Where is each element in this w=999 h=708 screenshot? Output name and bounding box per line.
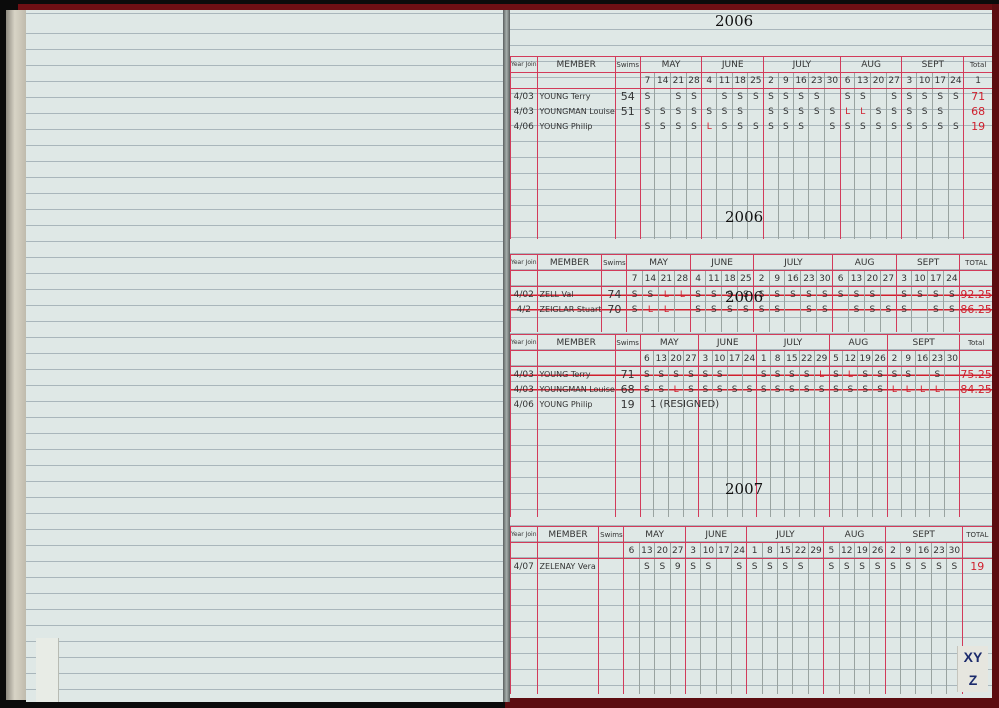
day-label: 8 (771, 351, 785, 367)
member-name: YOUNG Philip (537, 397, 615, 412)
month-header: AUG (824, 527, 886, 543)
ledger-year: 2006 (725, 208, 763, 226)
attendance-mark: S (732, 89, 748, 105)
day-label: 6 (624, 543, 639, 559)
day-label: 29 (808, 543, 823, 559)
month-header: JULY (754, 255, 833, 271)
attendance-mark: S (778, 559, 793, 575)
day-label: 12 (839, 543, 854, 559)
month-header: MAY (640, 335, 698, 351)
attendance-mark: S (640, 367, 654, 383)
attendance-mark: S (917, 89, 933, 105)
attendance-mark: S (858, 367, 873, 383)
day-label: 30 (947, 543, 962, 559)
attendance-mark: S (778, 89, 793, 105)
attendance-mark: S (870, 559, 885, 575)
attendance-mark: S (690, 302, 706, 317)
attendance-mark: S (801, 287, 817, 303)
day-label: 10 (912, 271, 928, 287)
month-header: MAY (640, 57, 702, 73)
attendance-mark: S (684, 382, 699, 397)
attendance-mark (833, 302, 849, 317)
attendance-mark: S (655, 559, 670, 575)
attendance-mark: S (686, 119, 702, 134)
year-joined: 4/03 (511, 89, 538, 105)
day-label: 6 (640, 351, 654, 367)
member-name: YOUNGMAN Louise (537, 382, 615, 397)
attendance-mark: L (814, 367, 829, 383)
attendance-mark: S (785, 287, 801, 303)
attendance-mark: L (901, 382, 915, 397)
year-joined: 4/03 (511, 382, 538, 397)
attendance-mark: L (930, 382, 945, 397)
row-total: 68 (964, 104, 992, 119)
month-header: JUNE (690, 255, 753, 271)
day-label: 23 (809, 73, 825, 89)
index-tab-letters-z: Z (958, 669, 988, 692)
day-label: 28 (686, 73, 702, 89)
attendance-mark (742, 397, 757, 412)
day-label: 30 (945, 351, 960, 367)
member-row[interactable]: 4/03YOUNG Terry54SSSSSSSSSSSSSSSSS71 (511, 89, 993, 105)
attendance-mark: L (702, 119, 717, 134)
attendance-mark (901, 397, 915, 412)
swims-count: 74 (602, 287, 627, 303)
swims-count: 70 (602, 302, 627, 317)
attendance-mark: S (848, 302, 864, 317)
day-label: 30 (825, 73, 841, 89)
attendance-mark: L (674, 287, 690, 303)
swims-count: 68 (615, 382, 640, 397)
attendance-mark: S (873, 382, 888, 397)
attendance-mark: S (655, 104, 671, 119)
attendance-mark: S (685, 559, 700, 575)
year-joined: 4/2 (511, 302, 538, 317)
book-cover-right (992, 4, 999, 708)
attendance-mark (888, 397, 902, 412)
day-label: 4 (702, 73, 717, 89)
attendance-mark (814, 397, 829, 412)
attendance-mark (930, 397, 945, 412)
attendance-mark: S (824, 559, 839, 575)
day-label: 15 (778, 543, 793, 559)
attendance-mark: S (932, 119, 948, 134)
attendance-mark: S (627, 302, 643, 317)
attendance-mark: S (902, 89, 917, 105)
member-name: ZELL Val (537, 287, 602, 303)
year-joined: 4/07 (511, 559, 538, 575)
member-header: MEMBER (537, 335, 615, 351)
attendance-mark: S (917, 104, 933, 119)
attendance-mark (674, 302, 690, 317)
attendance-mark: S (686, 104, 702, 119)
attendance-mark: S (901, 367, 915, 383)
day-label: 20 (655, 543, 670, 559)
day-label: 24 (944, 271, 960, 287)
attendance-mark (624, 559, 639, 575)
attendance-mark: S (654, 382, 669, 397)
day-label: 5 (824, 543, 839, 559)
attendance-mark (945, 397, 960, 412)
day-label: 27 (880, 271, 896, 287)
day-label: 7 (640, 73, 655, 89)
attendance-mark: S (944, 287, 960, 303)
attendance-mark: S (801, 302, 817, 317)
attendance-mark: S (829, 367, 843, 383)
day-label: 9 (901, 351, 915, 367)
attendance-mark (843, 397, 858, 412)
attendance-mark: S (748, 89, 764, 105)
attendance-mark: S (916, 559, 931, 575)
attendance-mark: L (658, 302, 674, 317)
attendance-mark: S (839, 559, 854, 575)
year-joined-header: Year Join (511, 57, 538, 73)
total-day-label: 1 (964, 73, 992, 89)
attendance-mark: S (833, 287, 849, 303)
attendance-mark: S (931, 559, 946, 575)
attendance-mark (748, 104, 764, 119)
attendance-mark: L (855, 104, 871, 119)
day-label: 17 (727, 351, 742, 367)
attendance-mark (858, 397, 873, 412)
day-label: 20 (669, 351, 684, 367)
attendance-mark (771, 397, 785, 412)
attendance-mark: S (712, 367, 727, 383)
attendance-mark: S (871, 104, 887, 119)
member-row[interactable]: 4/06YOUNG PhilipSSSSLSSSSSSSSSSSSSSS19 (511, 119, 993, 134)
attendance-mark: S (799, 367, 814, 383)
attendance-mark: S (778, 104, 793, 119)
day-label: 24 (948, 73, 964, 89)
attendance-mark: S (928, 302, 944, 317)
total-header: Total (960, 335, 992, 351)
attendance-mark: S (799, 382, 814, 397)
attendance-mark: S (706, 287, 722, 303)
year-joined: 4/02 (511, 287, 538, 303)
attendance-mark: S (814, 382, 829, 397)
day-label: 1 (757, 351, 771, 367)
month-header: MAY (627, 255, 690, 271)
swims-count: 54 (615, 89, 640, 105)
attendance-mark: S (747, 559, 762, 575)
month-header: JULY (764, 57, 841, 73)
attendance-mark: S (793, 104, 809, 119)
day-label: 27 (886, 73, 902, 89)
attendance-mark (742, 367, 757, 383)
day-label: 2 (885, 543, 900, 559)
attendance-mark: S (764, 104, 779, 119)
day-label: 10 (917, 73, 933, 89)
attendance-mark (757, 397, 771, 412)
day-label: 17 (928, 271, 944, 287)
month-header: AUG (840, 57, 902, 73)
month-header: JUNE (702, 57, 764, 73)
row-total: 84.25 (960, 382, 992, 397)
attendance-mark: S (885, 559, 900, 575)
attendance-mark (873, 397, 888, 412)
swims-header: Swims (599, 527, 624, 543)
total-header: TOTAL (960, 255, 992, 271)
day-label: 18 (722, 271, 738, 287)
member-row[interactable]: 4/07ZELENAY VeraSS9SSSSSSSSSSSSSSSS19 (511, 559, 993, 575)
day-label: 11 (706, 271, 722, 287)
day-label: 17 (932, 73, 948, 89)
left-page (26, 10, 504, 702)
day-label: 26 (873, 351, 888, 367)
day-label: 8 (762, 543, 777, 559)
attendance-mark: S (864, 287, 880, 303)
month-header: SEPT (896, 255, 959, 271)
attendance-mark: S (764, 89, 779, 105)
attendance-mark: S (717, 119, 733, 134)
day-label: 25 (748, 73, 764, 89)
month-header: SEPT (885, 527, 962, 543)
attendance-mark: S (871, 119, 887, 134)
attendance-mark: S (886, 104, 902, 119)
day-label: 14 (642, 271, 658, 287)
attendance-mark: S (886, 89, 902, 105)
day-label: 17 (716, 543, 731, 559)
attendance-mark (829, 397, 843, 412)
attendance-mark: S (698, 382, 712, 397)
attendance-mark: S (690, 287, 706, 303)
day-label: 27 (684, 351, 699, 367)
attendance-mark: S (764, 119, 779, 134)
month-header: JULY (747, 527, 824, 543)
attendance-mark (915, 367, 930, 383)
attendance-mark: S (948, 89, 964, 105)
day-label: 6 (840, 73, 855, 89)
attendance-mark: L (888, 382, 902, 397)
attendance-mark (727, 367, 742, 383)
attendance-mark: S (640, 119, 655, 134)
month-header: JUNE (698, 335, 756, 351)
year-joined: 4/06 (511, 119, 538, 134)
year-joined-header: Year Join (511, 335, 538, 351)
day-label: 9 (901, 543, 916, 559)
day-label: 2 (764, 73, 779, 89)
day-label: 13 (654, 351, 669, 367)
day-label: 14 (655, 73, 671, 89)
swims-header: Swims (615, 335, 640, 351)
attendance-mark: S (930, 367, 945, 383)
swims-count: 19 (615, 397, 640, 412)
day-label: 19 (854, 543, 869, 559)
day-label: 12 (843, 351, 858, 367)
attendance-mark: S (793, 559, 808, 575)
member-name: YOUNG Terry (537, 89, 615, 105)
swims-count (615, 119, 640, 134)
attendance-mark: S (912, 287, 928, 303)
attendance-mark: S (640, 104, 655, 119)
attendance-mark (808, 559, 823, 575)
member-name: ZELENAY Vera (537, 559, 599, 575)
attendance-mark (809, 119, 825, 134)
year-joined-header: Year Join (511, 527, 538, 543)
day-label: 16 (916, 543, 931, 559)
row-total: 75.25 (960, 367, 992, 383)
attendance-mark: S (712, 382, 727, 397)
attendance-mark: L (843, 367, 858, 383)
attendance-mark: S (655, 119, 671, 134)
year-joined: 4/03 (511, 104, 538, 119)
day-label: 4 (690, 271, 706, 287)
right-page: 2006Year JoinMEMBERSwimsMAYJUNEJULYAUGSE… (510, 10, 992, 698)
attendance-mark: S (757, 382, 771, 397)
day-label: 19 (858, 351, 873, 367)
day-label: 11 (717, 73, 733, 89)
total-day-label (960, 271, 992, 287)
attendance-mark: S (902, 119, 917, 134)
month-header: MAY (624, 527, 686, 543)
attendance-mark: S (809, 89, 825, 105)
attendance-mark (727, 397, 742, 412)
attendance-mark: S (880, 302, 896, 317)
day-label: 3 (896, 271, 912, 287)
page-tab-edge (36, 638, 59, 702)
member-row[interactable]: 4/03YOUNG Terry71SSSSSSSSSSLSLSSSSS75.25 (511, 367, 993, 383)
attendance-mark: S (762, 559, 777, 575)
attendance-mark: S (848, 287, 864, 303)
attendance-mark (825, 89, 841, 105)
day-label: 23 (930, 351, 945, 367)
attendance-mark: S (855, 89, 871, 105)
day-label: 13 (855, 73, 871, 89)
attendance-mark: S (742, 382, 757, 397)
member-name: YOUNG Philip (537, 119, 615, 134)
attendance-mark: S (784, 382, 799, 397)
attendance-mark (702, 89, 717, 105)
swims-count: 51 (615, 104, 640, 119)
month-header: SEPT (902, 57, 964, 73)
attendance-mark: S (698, 367, 712, 383)
book-gutter (503, 10, 510, 702)
ledger-year: 2006 (715, 12, 753, 30)
row-total (960, 397, 992, 412)
attendance-mark (655, 89, 671, 105)
attendance-mark: S (793, 89, 809, 105)
month-header: AUG (829, 335, 887, 351)
total-day-label (962, 543, 992, 559)
day-label: 29 (814, 351, 829, 367)
attendance-mark: S (640, 89, 655, 105)
attendance-mark (785, 302, 801, 317)
day-label: 24 (732, 543, 747, 559)
attendance-mark: S (706, 302, 722, 317)
member-name: YOUNG Terry (537, 367, 615, 383)
attendance-mark: S (778, 119, 793, 134)
day-label: 25 (738, 271, 754, 287)
day-label: 22 (793, 543, 808, 559)
day-label: 27 (670, 543, 685, 559)
attendance-mark: S (902, 104, 917, 119)
day-label: 21 (671, 73, 687, 89)
attendance-mark: S (932, 104, 948, 119)
attendance-mark: S (769, 287, 785, 303)
attendance-mark (912, 302, 928, 317)
attendance-mark: S (901, 559, 916, 575)
attendance-mark: S (825, 104, 841, 119)
day-label: 15 (784, 351, 799, 367)
ledger-year: 2007 (725, 480, 763, 498)
resigned-note: 1 (RESIGNED) (650, 399, 719, 410)
month-header: AUG (833, 255, 896, 271)
day-label: 23 (931, 543, 946, 559)
attendance-mark: S (855, 119, 871, 134)
day-label: 6 (833, 271, 849, 287)
total-header: Total (964, 57, 992, 73)
index-tab[interactable]: XY Z (957, 646, 988, 692)
total-header: TOTAL (962, 527, 992, 543)
page-stack-edge (6, 10, 28, 700)
day-label: 10 (712, 351, 727, 367)
swims-count: 71 (615, 367, 640, 383)
attendance-mark: S (771, 382, 785, 397)
attendance-mark: S (858, 382, 873, 397)
attendance-mark: S (684, 367, 699, 383)
member-header: MEMBER (537, 527, 599, 543)
row-total: 19 (962, 559, 992, 575)
attendance-mark: S (757, 367, 771, 383)
attendance-mark: S (671, 119, 687, 134)
day-label: 28 (674, 271, 690, 287)
attendance-mark: S (854, 559, 869, 575)
day-label: 13 (848, 271, 864, 287)
attendance-mark: L (642, 302, 658, 317)
day-label: 2 (888, 351, 902, 367)
month-header: JULY (757, 335, 829, 351)
member-name: YOUNGMAN Louise (537, 104, 615, 119)
day-label: 9 (769, 271, 785, 287)
day-label: 16 (793, 73, 809, 89)
swims-header: Swims (615, 57, 640, 73)
attendance-mark: S (701, 559, 716, 575)
attendance-mark: S (642, 287, 658, 303)
row-total: 19 (964, 119, 992, 134)
attendance-mark (799, 397, 814, 412)
member-row[interactable]: 4/03YOUNGMAN Louise68SSLSSSSSSSSSSSSSSLL… (511, 382, 993, 397)
attendance-mark: S (829, 382, 843, 397)
day-label: 26 (870, 543, 885, 559)
ledger-year: 2006 (725, 288, 763, 306)
attendance-mark: S (886, 119, 902, 134)
attendance-mark: S (640, 382, 654, 397)
attendance-mark (948, 104, 964, 119)
attendance-mark: S (896, 302, 912, 317)
day-label: 10 (701, 543, 716, 559)
day-label: 20 (871, 73, 887, 89)
attendance-mark: S (840, 119, 855, 134)
member-header: MEMBER (537, 57, 615, 73)
day-label: 9 (778, 73, 793, 89)
attendance-mark: S (843, 382, 858, 397)
attendance-mark: S (825, 119, 841, 134)
day-label: 7 (627, 271, 643, 287)
day-label: 1 (747, 543, 762, 559)
day-label: 22 (799, 351, 814, 367)
member-row[interactable]: 4/03YOUNGMAN Louise51SSSSSSSSSSSSLLSSSSS… (511, 104, 993, 119)
attendance-mark (915, 397, 930, 412)
member-row[interactable]: 4/06YOUNG Philip19 (511, 397, 993, 412)
attendance-mark: S (864, 302, 880, 317)
attendance-mark: S (717, 104, 733, 119)
attendance-mark: S (671, 104, 687, 119)
attendance-mark: S (639, 559, 654, 575)
attendance-mark: S (769, 302, 785, 317)
attendance-mark: S (817, 302, 833, 317)
attendance-mark: L (658, 287, 674, 303)
attendance-mark: 9 (670, 559, 685, 575)
